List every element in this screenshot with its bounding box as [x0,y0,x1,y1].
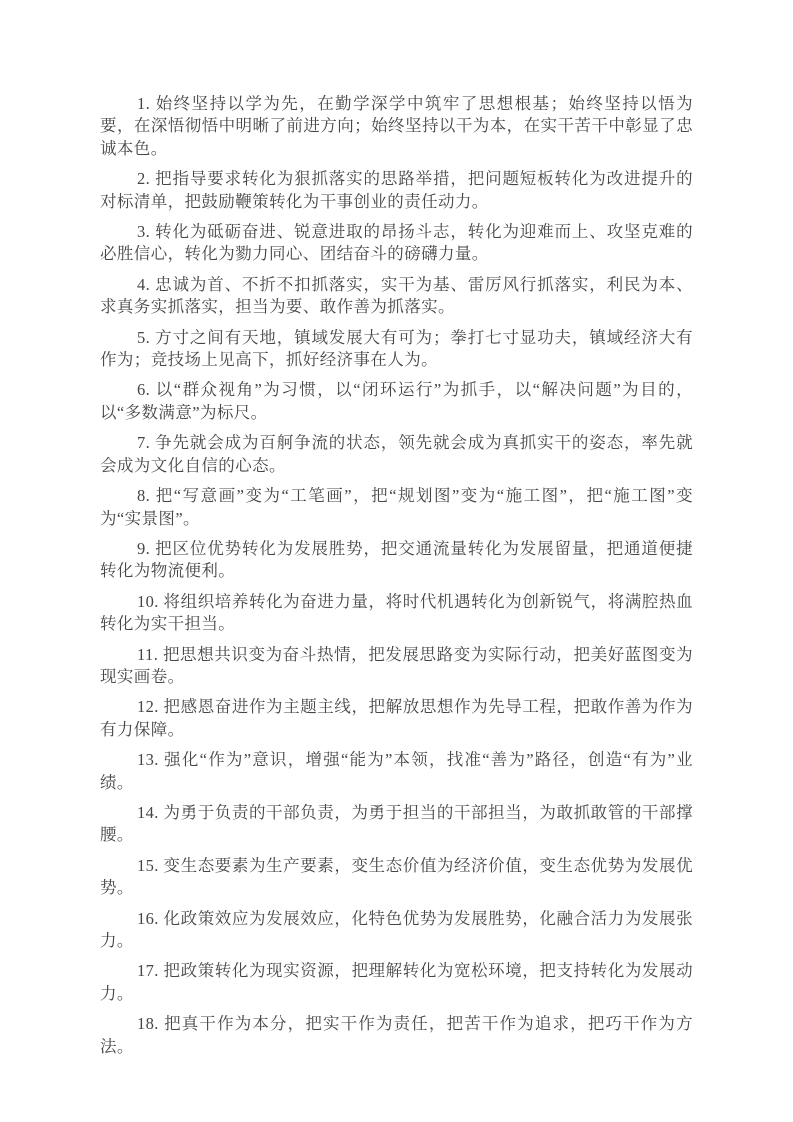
paragraph-11: 11. 把思想共识变为奋斗热情，把发展思路变为实际行动，把美好蓝图变为现实画卷。 [100,644,693,689]
paragraph-1: 1. 始终坚持以学为先，在勤学深学中筑牢了思想根基；始终坚持以悟为要，在深悟彻悟… [100,93,693,160]
paragraph-15: 15. 变生态要素为生产要素，变生态价值为经济价值，变生态优势为发展优势。 [100,855,693,900]
paragraph-13: 13. 强化“作为”意识，增强“能为”本领，找准“善为”路径，创造“有为”业绩。 [100,749,693,794]
document-page: 1. 始终坚持以学为先，在勤学深学中筑牢了思想根基；始终坚持以悟为要，在深悟彻悟… [0,0,793,1122]
paragraph-18: 18. 把真干作为本分，把实干作为责任，把苦干作为追求，把巧干作为方法。 [100,1013,693,1058]
paragraph-7: 7. 争先就会成为百舸争流的状态，领先就会成为真抓实干的姿态，率先就会成为文化自… [100,432,693,477]
paragraph-14: 14. 为勇于负责的干部负责，为勇于担当的干部担当，为敢抓敢管的干部撑腰。 [100,802,693,847]
paragraph-10: 10. 将组织培养转化为奋进力量，将时代机遇转化为创新锐气，将满腔热血转化为实干… [100,591,693,636]
paragraph-3: 3. 转化为砥砺奋进、锐意进取的昂扬斗志，转化为迎难而上、攻坚克难的必胜信心，转… [100,221,693,266]
paragraph-2: 2. 把指导要求转化为狠抓落实的思路举措，把问题短板转化为改进提升的对标清单，把… [100,168,693,213]
paragraph-8: 8. 把“写意画”变为“工笔画”，把“规划图”变为“施工图”，把“施工图”变为“… [100,485,693,530]
paragraph-4: 4. 忠诚为首、不折不扣抓落实，实干为基、雷厉风行抓落实，利民为本、求真务实抓落… [100,274,693,319]
paragraph-12: 12. 把感恩奋进作为主题主线，把解放思想作为先导工程，把敢作善为作为有力保障。 [100,696,693,741]
paragraph-9: 9. 把区位优势转化为发展胜势，把交通流量转化为发展留量，把通道便捷转化为物流便… [100,538,693,583]
paragraph-6: 6. 以“群众视角”为习惯，以“闭环运行”为抓手，以“解决问题”为目的，以“多数… [100,379,693,424]
paragraph-17: 17. 把政策转化为现实资源，把理解转化为宽松环境，把支持转化为发展动力。 [100,960,693,1005]
paragraph-5: 5. 方寸之间有天地，镇域发展大有可为；拳打七寸显功夫，镇域经济大有作为；竞技场… [100,327,693,372]
document-body: 1. 始终坚持以学为先，在勤学深学中筑牢了思想根基；始终坚持以悟为要，在深悟彻悟… [100,93,693,1058]
paragraph-16: 16. 化政策效应为发展效应，化特色优势为发展胜势，化融合活力为发展张力。 [100,908,693,953]
